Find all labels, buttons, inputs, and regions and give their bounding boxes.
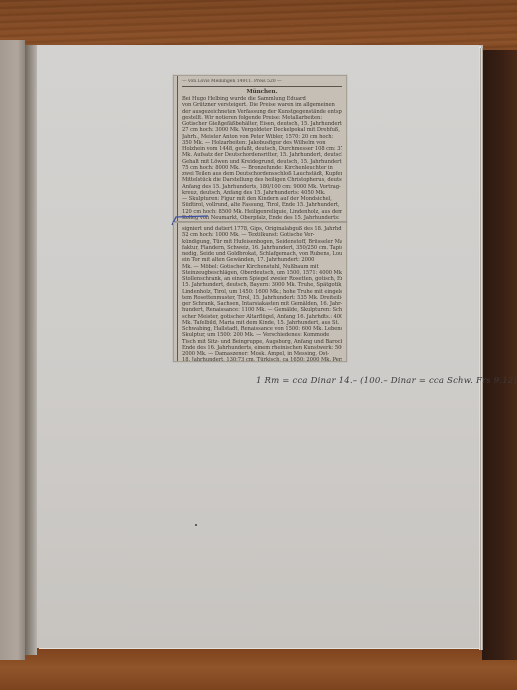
left-facing-page	[0, 40, 25, 660]
newspaper-clipping-bottom: signiert und datiert 1778, Gips, Origina…	[173, 222, 347, 362]
clipping-column-rule	[177, 76, 178, 221]
clipping-text-line: von Grützner versteigert. Die Preise war…	[182, 102, 342, 108]
clipping-text-line: scher Meister, gotischer Altarflügel, An…	[182, 314, 342, 320]
clipping-text-line: Skulptur, um 1500: 200 Mk. — Verschieden…	[182, 332, 342, 338]
clipping-text-line: Gehalt mit Löwen und Kreidegrund, deutsc…	[182, 159, 342, 165]
page-stack-edge	[479, 48, 483, 650]
clipping-title: München.	[182, 89, 342, 95]
wooden-table-edge	[0, 645, 517, 690]
clipping-text-line: 27 cm hoch: 3000 Mk. Vergoldeter Deckelp…	[182, 127, 342, 133]
clipping-text-line: hundert, Renaissance: 1100 Mk. — Gemälde…	[182, 307, 342, 313]
ink-speck	[195, 524, 197, 526]
clipping-text-line: kündigung, Tür mit Hufeisenbogen, Seiden…	[182, 239, 342, 245]
clipping-column-rule	[177, 223, 178, 361]
clipping-text-line: 15. Jahrhundert, deutsch, Bayern: 3000 M…	[182, 282, 342, 288]
clipping-text-line: Südtirol, vollrund, alte Fassung, Tirol,…	[182, 202, 342, 208]
clipping-text-line: Jahrh., Meister Anton von Peter Wibler, …	[182, 134, 342, 140]
handwritten-note: 1 Rm = cca Dinar 14.– (100.– Dinar = cca…	[256, 376, 517, 386]
album-cover-edge	[482, 50, 517, 660]
clipping-text-line: Mk. Aufsatz der Deutschordensritter, 15.…	[182, 152, 342, 158]
clipping-body-bottom: signiert und datiert 1778, Gips, Origina…	[182, 226, 342, 362]
book-gutter	[25, 45, 37, 655]
clipping-text-line: 18. Jahrhundert, 130:73 cm, Türkisch, ca…	[182, 357, 342, 362]
clipping-text-line: der ausgezeichneten Verfassung der Kunst…	[182, 109, 342, 115]
clipping-text-line: Mittelstück die Darstellung des heiligen…	[182, 177, 342, 183]
clipping-text-line: Tisch mit Sitz- und Beingruppe, Augsburg…	[182, 339, 342, 345]
newspaper-clipping-top: — von Lovis Meiningen 14911. Preis 520 —…	[173, 75, 347, 222]
clipping-body-top: Bei Hugo Helbing wurde die Sammlung Edua…	[182, 96, 342, 222]
clipping-header-line: — von Lovis Meiningen 14911. Preis 520 —	[182, 79, 342, 87]
clipping-text-line: Mk. — Möbel: Gotischer Kirchenstuhl, Nuß…	[182, 264, 342, 270]
clipping-text-line: Lindenholz, Tirol, um 1450: 1600 Mk.; ho…	[182, 289, 342, 295]
clipping-text-line: Anfang des 15. Jahrhunderts, 180/100 cm:…	[182, 184, 342, 190]
